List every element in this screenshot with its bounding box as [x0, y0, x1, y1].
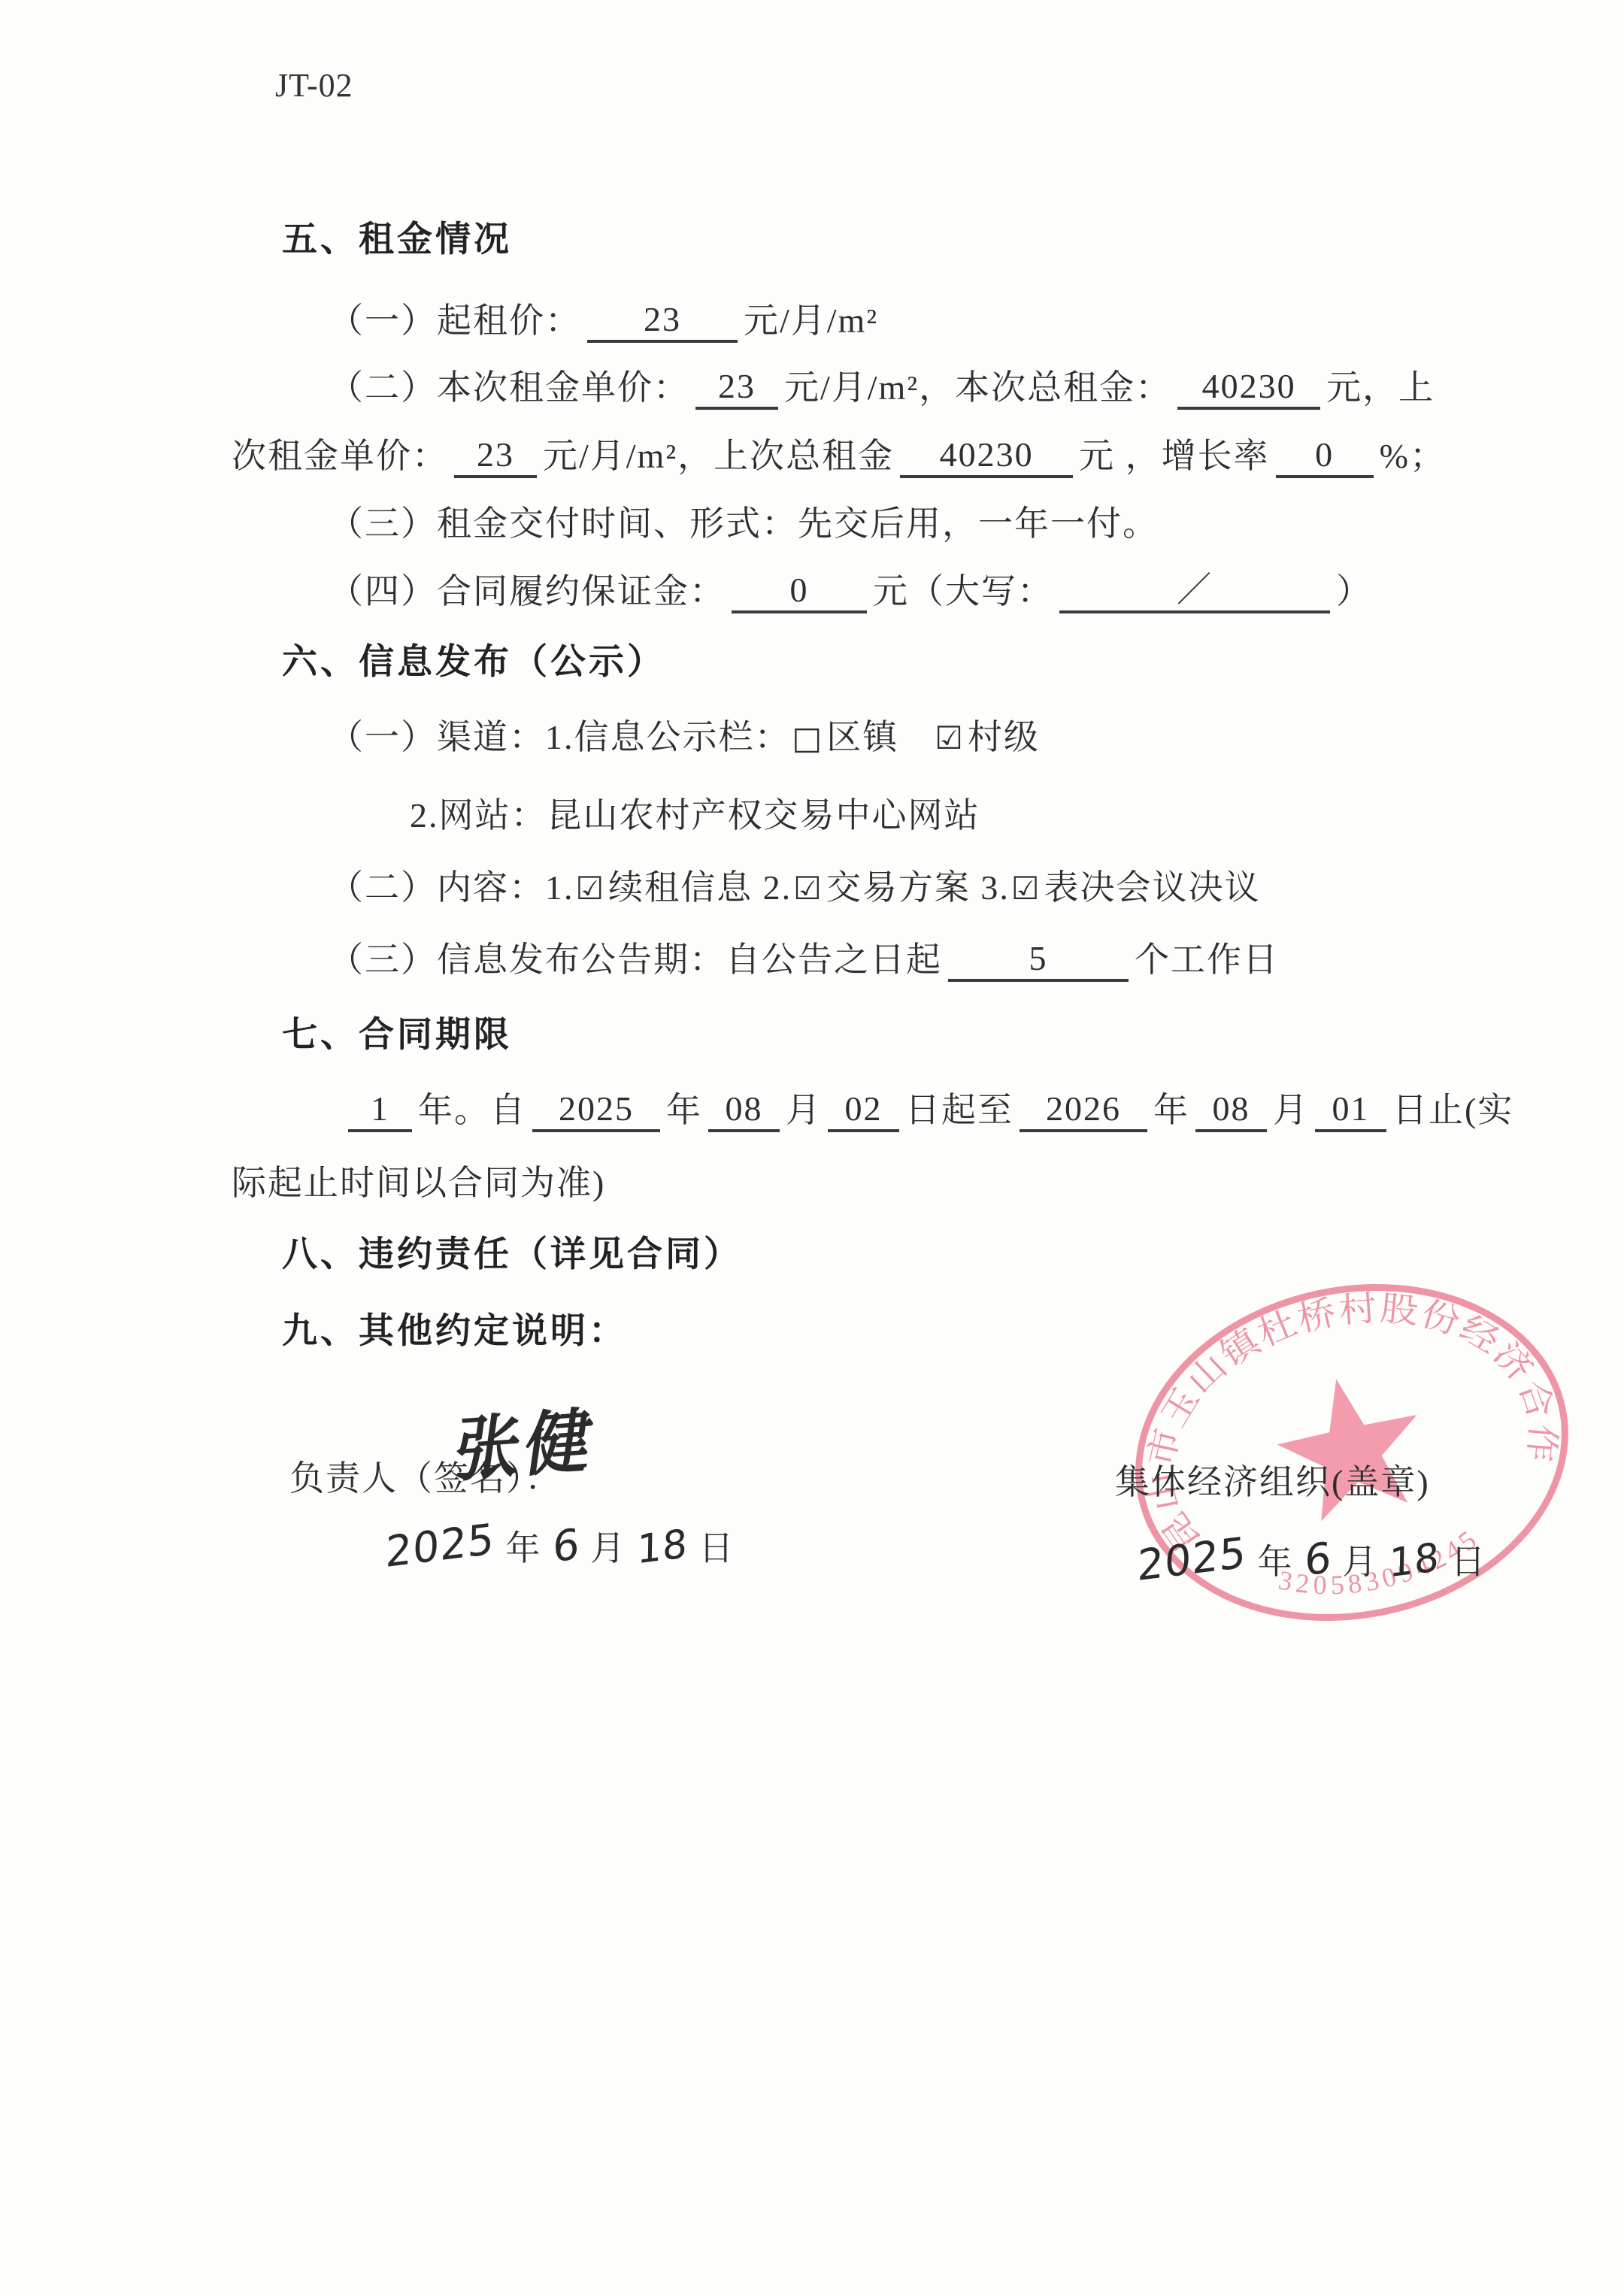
left-date-month-label: 月 — [590, 1527, 626, 1571]
field-current-total-rent: 40230 — [1177, 367, 1320, 410]
item-5-2-continued: 次租金单价：23元/月/m²，上次总租金40230元 ，增长率0%； — [232, 435, 1446, 478]
field-end-month: 08 — [1195, 1089, 1267, 1132]
contract-period-line-2: 际起止时间以合同为准) — [232, 1162, 605, 1205]
item-6-1-label: （一）渠道：1.信息公示栏： — [329, 718, 791, 756]
right-date-month-label: 月 — [1342, 1540, 1378, 1584]
section-9-title: 九、其他约定说明： — [282, 1310, 627, 1354]
item-5-2-post: 元，上 — [1326, 368, 1435, 407]
checkbox-transaction-plan-checked-icon: ☑ — [793, 870, 823, 907]
section-5-title: 五、租金情况 — [282, 218, 512, 262]
item-5-2b-mid2: 元 ，增长率 — [1079, 437, 1270, 475]
field-current-unit-price: 23 — [695, 367, 778, 410]
field-end-day: 01 — [1315, 1089, 1386, 1132]
signature-text: 张健 — [449, 1397, 602, 1495]
item-5-4: （四）合同履约保证金：0元（大写：／） — [329, 570, 1372, 613]
term-text-4: 日起至 — [905, 1091, 1013, 1129]
term-text-1: 年。自 — [418, 1091, 526, 1129]
term-text-6: 月 — [1273, 1091, 1309, 1129]
item-5-4-mid: 元（大写： — [873, 572, 1053, 610]
field-start-year: 2025 — [532, 1089, 660, 1132]
item-6-2-text3: 表决会议决议 — [1044, 868, 1260, 907]
item-6-2: （二）内容：1.☑续租信息 2.☑交易方案 3.☑表决会议决议 — [329, 866, 1260, 910]
right-date-line: 2025年6月18日 — [1137, 1534, 1497, 1586]
checkbox-district-town-label: 区镇 — [826, 718, 898, 756]
collective-org-seal-label: 集体经济组织(盖章) — [1115, 1461, 1430, 1504]
field-previous-unit-price: 23 — [454, 435, 537, 478]
item-5-2b-mid1: 元/月/m²，上次总租金 — [543, 437, 894, 475]
field-start-price: 23 — [587, 300, 738, 343]
item-5-2: （二）本次租金单价：23元/月/m²，本次总租金：40230元，上 — [329, 366, 1435, 410]
item-5-1-unit: 元/月/m² — [744, 301, 878, 340]
left-date-day-handwritten: 18 — [637, 1520, 689, 1576]
item-5-4-post: ） — [1336, 572, 1372, 610]
item-5-1-label: （一）起租价： — [329, 301, 581, 340]
item-5-2-mid: 元/月/m²，本次总租金： — [784, 368, 1171, 407]
right-date-year-handwritten: 2025 — [1137, 1527, 1247, 1594]
item-5-2b-post: %； — [1380, 437, 1446, 475]
item-5-1: （一）起租价：23元/月/m² — [329, 299, 878, 343]
right-date-day-handwritten: 18 — [1389, 1534, 1441, 1589]
item-6-2-label: （二）内容：1. — [329, 868, 574, 907]
section-7-title: 七、合同期限 — [282, 1013, 512, 1058]
item-5-2b-label: 次租金单价： — [232, 437, 448, 475]
section-6-title: 六、信息发布（公示） — [282, 641, 665, 685]
term-text-7: 日止(实 — [1392, 1091, 1513, 1129]
field-term-years: 1 — [348, 1089, 412, 1132]
item-6-3: （三）信息发布公告期：自公告之日起5个工作日 — [329, 938, 1279, 982]
checkbox-renewal-info-checked-icon: ☑ — [576, 870, 606, 907]
handwritten-signature: 张健 — [455, 1404, 596, 1487]
field-start-day: 02 — [828, 1089, 899, 1132]
field-growth-rate: 0 — [1276, 435, 1374, 478]
field-deposit: 0 — [732, 571, 867, 613]
field-deposit-capitalized: ／ — [1059, 571, 1330, 613]
term-text-5: 年 — [1153, 1091, 1189, 1129]
checkbox-village-level-checked-icon: ☑ — [935, 719, 965, 756]
checkbox-village-level-label: 村级 — [968, 718, 1040, 756]
item-5-4-label: （四）合同履约保证金： — [329, 572, 726, 610]
contract-period-line: 1年。自2025年08月02日起至2026年08月01日止(实 — [342, 1089, 1513, 1132]
left-date-day-label: 日 — [698, 1527, 735, 1571]
field-announcement-days: 5 — [948, 939, 1129, 982]
field-start-month: 08 — [708, 1089, 780, 1132]
left-date-year-handwritten: 2025 — [385, 1513, 495, 1580]
item-6-2-text1: 续租信息 2. — [608, 868, 792, 907]
item-5-2-label: （二）本次租金单价： — [329, 368, 689, 407]
document-page: JT-02 五、租金情况 （一）起租价：23元/月/m² （二）本次租金单价：2… — [0, 0, 1624, 2296]
item-6-1: （一）渠道：1.信息公示栏：□区镇☑村级 — [329, 716, 1040, 759]
item-6-3-label: （三）信息发布公告期：自公告之日起 — [329, 941, 942, 979]
item-5-3: （三）租金交付时间、形式：先交后用，一年一付。 — [329, 502, 1159, 546]
term-text-2: 年 — [666, 1091, 702, 1129]
left-date-month-handwritten: 6 — [552, 1518, 580, 1574]
right-date-month-handwritten: 6 — [1304, 1531, 1332, 1588]
form-code: JT-02 — [275, 65, 353, 106]
left-date-line: 2025年6月18日 — [385, 1520, 745, 1573]
right-date-year-label: 年 — [1258, 1540, 1294, 1584]
left-date-year-label: 年 — [506, 1527, 542, 1571]
section-8-title: 八、违约责任（详见合同） — [282, 1233, 742, 1277]
checkbox-district-town-unchecked-icon: □ — [792, 719, 824, 756]
item-6-2-text2: 交易方案 3. — [826, 868, 1010, 907]
right-date-day-label: 日 — [1450, 1540, 1486, 1584]
item-6-3-post: 个工作日 — [1135, 941, 1279, 979]
item-6-1-website: 2.网站：昆山农村产权交易中心网站 — [410, 794, 980, 838]
checkbox-vote-resolution-checked-icon: ☑ — [1011, 870, 1041, 907]
term-text-3: 月 — [786, 1091, 822, 1129]
field-end-year: 2026 — [1020, 1089, 1147, 1132]
field-previous-total-rent: 40230 — [900, 435, 1073, 478]
